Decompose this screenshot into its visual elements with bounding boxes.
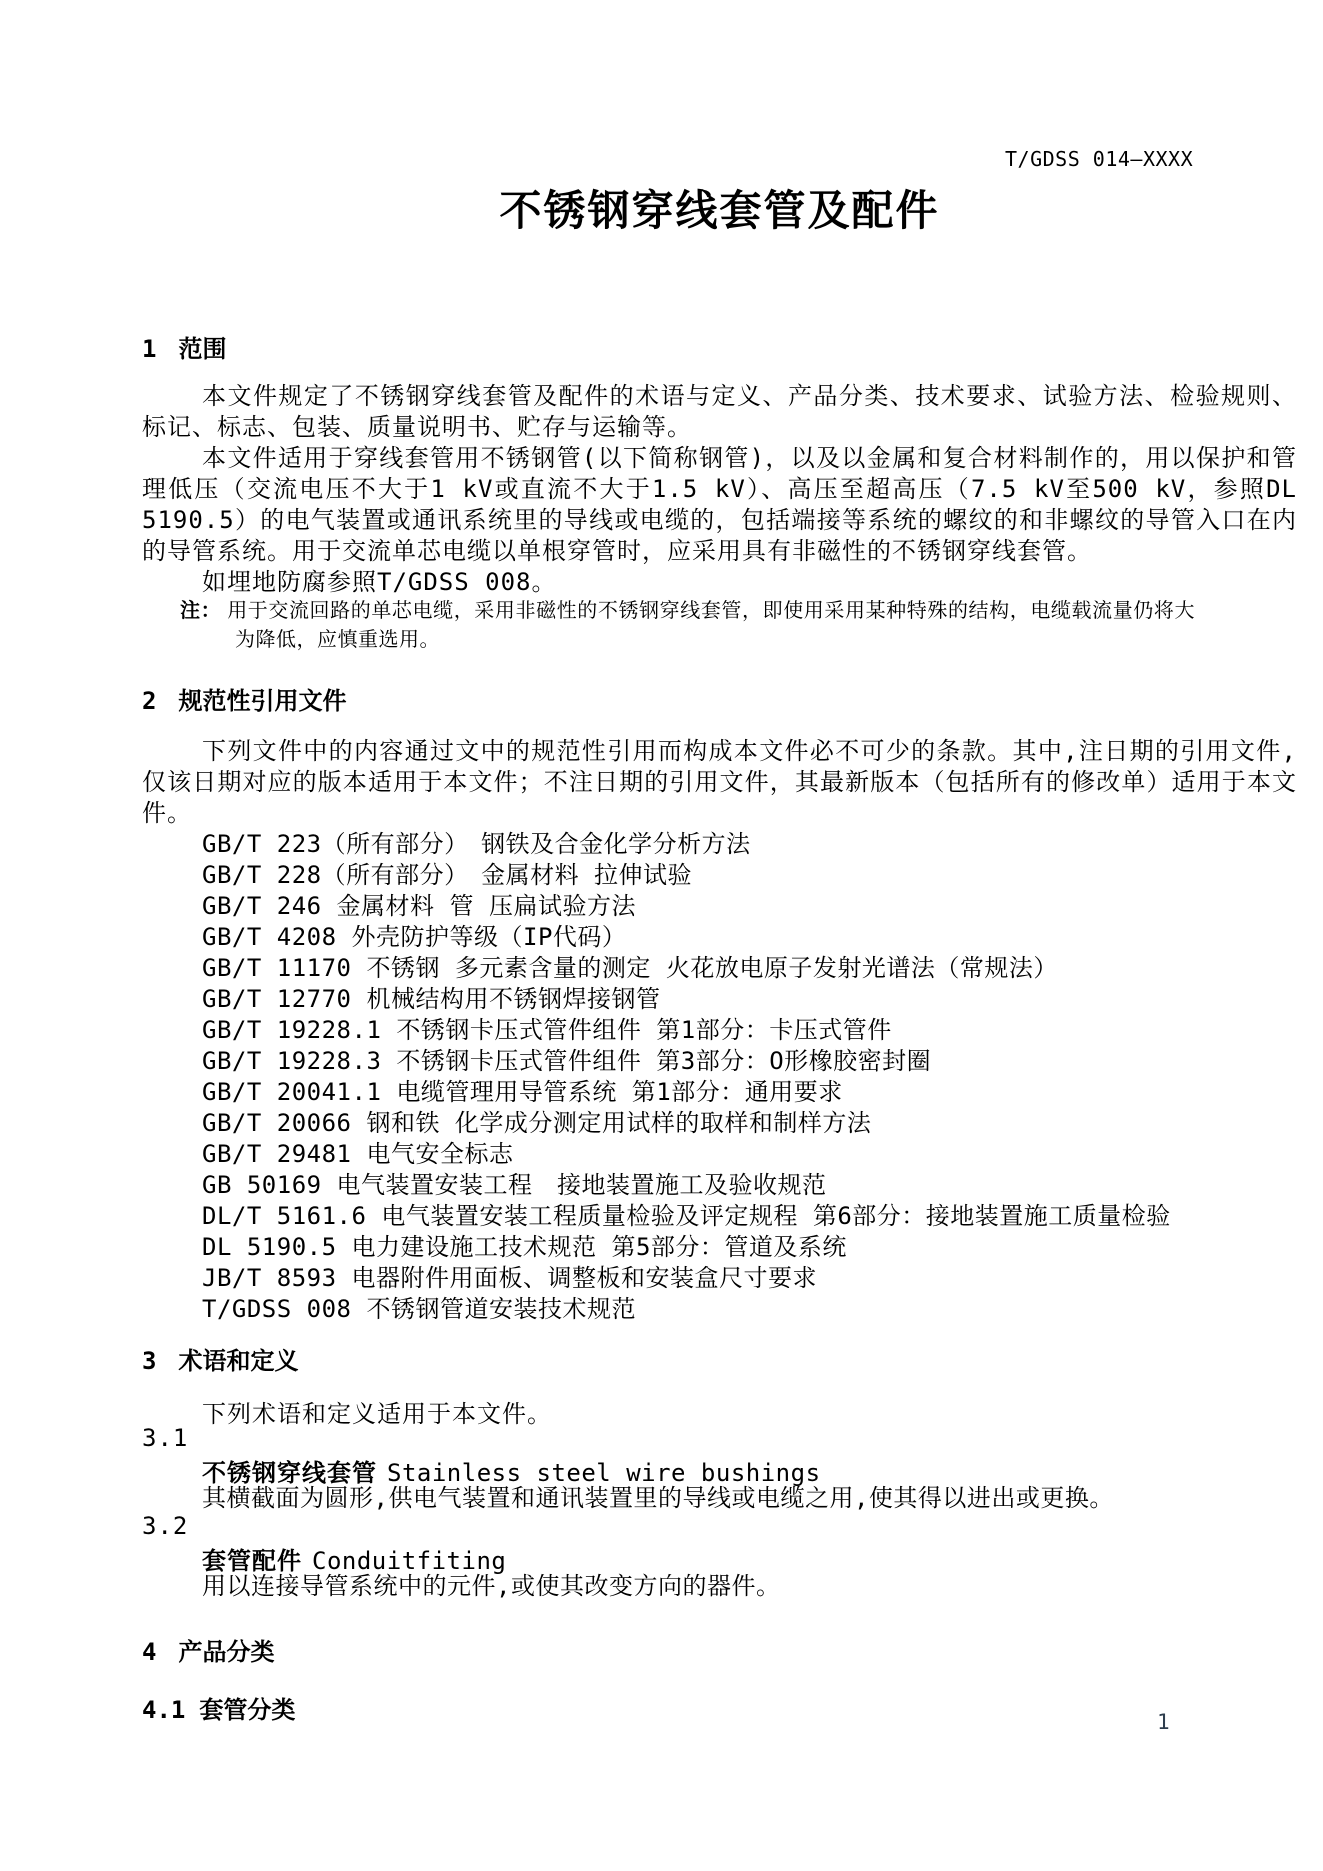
reference-item: GB 50169 电气装置安装工程 接地装置施工及验收规范 bbox=[202, 1170, 1302, 1201]
scope-paragraph-3: 如埋地防腐参照T/GDSS 008。 bbox=[142, 567, 1297, 598]
reference-item: GB/T 223（所有部分） 钢铁及合金化学分析方法 bbox=[202, 829, 1302, 860]
term-definition: 用以连接导管系统中的元件,或使其改变方向的器件。 bbox=[202, 1571, 1297, 1602]
section-2-label: 规范性引用文件 bbox=[178, 688, 346, 715]
reference-item: GB/T 4208 外壳防护等级（IP代码） bbox=[202, 922, 1302, 953]
reference-item: GB/T 12770 机械结构用不锈钢焊接钢管 bbox=[202, 984, 1302, 1015]
reference-item: JB/T 8593 电器附件用面板、调整板和安装盒尺寸要求 bbox=[202, 1263, 1302, 1294]
note-label: 注： bbox=[180, 600, 221, 622]
term-definition: 其横截面为圆形,供电气装置和通讯装置里的导线或电缆之用,使其得以进出或更换。 bbox=[202, 1483, 1297, 1514]
scope-paragraph-1: 本文件规定了不锈钢穿线套管及配件的术语与定义、产品分类、技术要求、试验方法、检验… bbox=[142, 381, 1297, 443]
section-2-heading: 2规范性引用文件 bbox=[142, 681, 346, 716]
section-4-1-number: 4.1 bbox=[142, 1696, 185, 1724]
section-1-label: 范围 bbox=[178, 336, 226, 363]
reference-item: DL 5190.5 电力建设施工技术规范 第5部分：管道及系统 bbox=[202, 1232, 1302, 1263]
reference-item: GB/T 29481 电气安全标志 bbox=[202, 1139, 1302, 1170]
section-4-1-label: 套管分类 bbox=[199, 1697, 295, 1724]
references-list: GB/T 223（所有部分） 钢铁及合金化学分析方法 GB/T 228（所有部分… bbox=[202, 829, 1302, 1325]
reference-item: GB/T 19228.3 不锈钢卡压式管件组件 第3部分：O形橡胶密封圈 bbox=[202, 1046, 1302, 1077]
term-number: 3.1 bbox=[142, 1424, 188, 1452]
reference-item: DL/T 5161.6 电气装置安装工程质量检验及评定规程 第6部分：接地装置施… bbox=[202, 1201, 1302, 1232]
section-3-label: 术语和定义 bbox=[178, 1348, 298, 1375]
doc-code: T/GDSS 014—XXXX bbox=[1005, 147, 1193, 171]
note-text: 用于交流回路的单芯电缆，采用非磁性的不锈钢穿线套管，即使用采用某种特殊的结构，电… bbox=[227, 598, 1195, 651]
reference-item: GB/T 11170 不锈钢 多元素含量的测定 火花放电原子发射光谱法（常规法） bbox=[202, 953, 1302, 984]
document-page: T/GDSS 014—XXXX 不锈钢穿线套管及配件 1范围 本文件规定了不锈钢… bbox=[0, 0, 1323, 1871]
reference-item: GB/T 20041.1 电缆管理用导管系统 第1部分：通用要求 bbox=[202, 1077, 1302, 1108]
scope-note: 注：用于交流回路的单芯电缆，采用非磁性的不锈钢穿线套管，即使用采用某种特殊的结构… bbox=[235, 596, 1195, 653]
reference-item: GB/T 246 金属材料 管 压扁试验方法 bbox=[202, 891, 1302, 922]
section-4-label: 产品分类 bbox=[178, 1639, 274, 1666]
section-4-heading: 4产品分类 bbox=[142, 1632, 274, 1667]
reference-item: GB/T 228（所有部分） 金属材料 拉伸试验 bbox=[202, 860, 1302, 891]
section-4-number: 4 bbox=[142, 1638, 156, 1666]
term-number: 3.2 bbox=[142, 1512, 188, 1540]
section-3-heading: 3术语和定义 bbox=[142, 1341, 298, 1376]
section-1-heading: 1范围 bbox=[142, 329, 226, 364]
reference-item: GB/T 19228.1 不锈钢卡压式管件组件 第1部分：卡压式管件 bbox=[202, 1015, 1302, 1046]
section-3-number: 3 bbox=[142, 1347, 156, 1375]
page-number: 1 bbox=[1157, 1710, 1170, 1734]
section-1-number: 1 bbox=[142, 335, 156, 363]
section-2-number: 2 bbox=[142, 687, 156, 715]
scope-paragraph-2: 本文件适用于穿线套管用不锈钢管(以下简称钢管)，以及以金属和复合材料制作的，用以… bbox=[142, 443, 1297, 567]
section-4-1-heading: 4.1套管分类 bbox=[142, 1690, 295, 1725]
reference-item: GB/T 20066 钢和铁 化学成分测定用试样的取样和制样方法 bbox=[202, 1108, 1302, 1139]
normative-intro: 下列文件中的内容通过文中的规范性引用而构成本文件必不可少的条款。其中,注日期的引… bbox=[142, 736, 1297, 829]
reference-item: T/GDSS 008 不锈钢管道安装技术规范 bbox=[202, 1294, 1302, 1325]
terms-intro: 下列术语和定义适用于本文件。 bbox=[142, 1399, 1297, 1430]
doc-title: 不锈钢穿线套管及配件 bbox=[142, 178, 1297, 238]
